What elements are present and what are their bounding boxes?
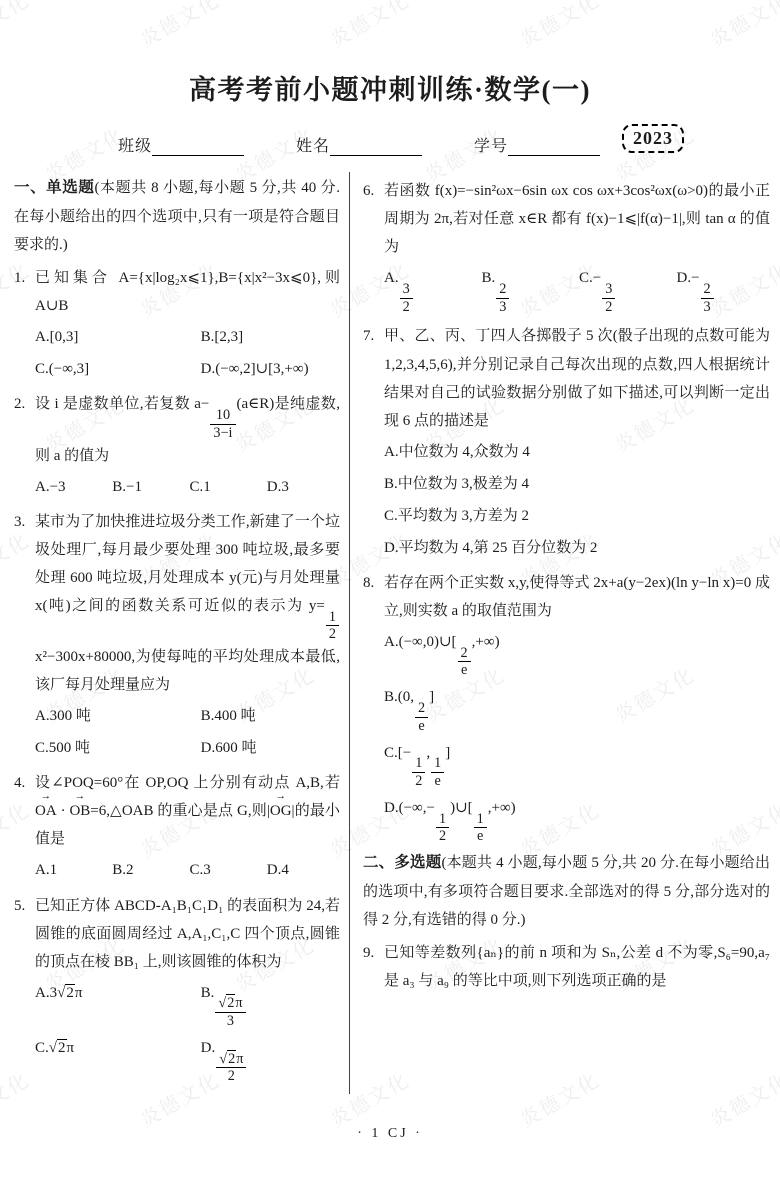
options-grid: A.300 吨B.400 吨C.500 吨D.600 吨 xyxy=(35,700,340,764)
section-header: 一、单选题(本题共 8 小题,每小题 5 分,共 40 分.在每小题给出的四个选… xyxy=(14,174,340,259)
question-body: 若存在两个正实数 x,y,使得等式 2x+a(y−2ex)(ln y−ln x)… xyxy=(384,569,770,847)
question-body: 甲、乙、丙、丁四人各掷骰子 5 次(骰子出现的点数可能为 1,2,3,4,5,6… xyxy=(384,322,770,563)
options-grid: A.中位数为 4,众数为 4B.中位数为 3,极差为 4C.平均数为 3,方差为… xyxy=(384,436,770,564)
question-number: 5. xyxy=(14,892,35,1088)
question-stem: 某市为了加快推进垃圾分类工作,新建了一个垃圾处理厂,每月最少要处理 300 吨垃… xyxy=(35,508,340,700)
sqrt-radical: √2 xyxy=(218,994,235,1011)
option: A.32 xyxy=(384,262,478,317)
question-number: 9. xyxy=(363,939,384,995)
option: C.3 xyxy=(190,854,263,886)
option: A.中位数为 4,众数为 4 xyxy=(384,436,770,468)
option: A.300 吨 xyxy=(35,700,197,732)
question-stem: 已知集合 A={x|log₂x⩽1},B={x|x²−3x⩽0},则 A∪B xyxy=(35,264,340,320)
option: D.4 xyxy=(267,854,340,886)
fraction: √2π3 xyxy=(215,995,245,1030)
student-id-field-label: 学号 xyxy=(474,133,508,156)
fraction: 1e xyxy=(431,755,444,790)
exam-body: 一、单选题(本题共 8 小题,每小题 5 分,共 40 分.在每小题给出的四个选… xyxy=(0,172,780,1094)
vector-overline: OG xyxy=(270,797,292,825)
options-grid: A.1B.2C.3D.4 xyxy=(35,854,340,886)
question-body: 某市为了加快推进垃圾分类工作,新建了一个垃圾处理厂,每月最少要处理 300 吨垃… xyxy=(35,508,340,765)
option: D.(−∞,2]∪[3,+∞) xyxy=(201,353,335,385)
question-stem: 设∠POQ=60°在 OP,OQ 上分别有动点 A,B,若OA · OB=6,△… xyxy=(35,769,340,853)
option: B.2 xyxy=(112,854,185,886)
question-body: 若函数 f(x)=−sin²ωx−6sin ωx cos ωx+3cos²ωx(… xyxy=(384,177,770,317)
option: C.−32 xyxy=(579,262,673,317)
class-field-label: 班级 xyxy=(118,133,152,156)
student-id-field-line xyxy=(508,138,600,156)
question-stem: 若函数 f(x)=−sin²ωx−6sin ωx cos ωx+3cos²ωx(… xyxy=(384,177,770,261)
question-3: 3.某市为了加快推进垃圾分类工作,新建了一个垃圾处理厂,每月最少要处理 300 … xyxy=(14,508,340,765)
option: B.[2,3] xyxy=(201,321,335,353)
fraction: 1e xyxy=(474,811,487,846)
option: B.中位数为 3,极差为 4 xyxy=(384,468,770,500)
options-grid: A.[0,3]B.[2,3]C.(−∞,3]D.(−∞,2]∪[3,+∞) xyxy=(35,321,340,385)
option: C.平均数为 3,方差为 2 xyxy=(384,500,770,532)
fraction: 12 xyxy=(436,811,449,846)
fraction: 12 xyxy=(412,755,425,790)
option: C.√2π xyxy=(35,1032,197,1087)
question-9: 9.已知等差数列{aₙ}的前 n 项和为 Sₙ,公差 d 不为零,S₆=90,a… xyxy=(363,939,770,995)
question-stem: 甲、乙、丙、丁四人各掷骰子 5 次(骰子出现的点数可能为 1,2,3,4,5,6… xyxy=(384,322,770,434)
question-stem: 已知等差数列{aₙ}的前 n 项和为 Sₙ,公差 d 不为零,S₆=90,a₇ … xyxy=(384,939,770,995)
section-header: 二、多选题(本题共 4 小题,每小题 5 分,共 20 分.在每小题给出的选项中… xyxy=(363,849,770,934)
option: D.3 xyxy=(267,471,340,503)
option: A.1 xyxy=(35,854,108,886)
fraction: 103−i xyxy=(210,407,235,442)
section-title: 一、单选题 xyxy=(14,179,94,196)
question-8: 8.若存在两个正实数 x,y,使得等式 2x+a(y−2ex)(ln y−ln … xyxy=(363,569,770,847)
option: B.400 吨 xyxy=(201,700,335,732)
fraction: √2π2 xyxy=(216,1051,246,1086)
name-field: 姓名 xyxy=(296,133,422,156)
question-body: 已知等差数列{aₙ}的前 n 项和为 Sₙ,公差 d 不为零,S₆=90,a₇ … xyxy=(384,939,770,995)
option: A.[0,3] xyxy=(35,321,197,353)
option: A.(−∞,0)∪[2e,+∞) xyxy=(384,626,770,681)
question-body: 设∠POQ=60°在 OP,OQ 上分别有动点 A,B,若OA · OB=6,△… xyxy=(35,769,340,886)
option: C.500 吨 xyxy=(35,732,197,764)
option: D.600 吨 xyxy=(201,732,335,764)
option: C.(−∞,3] xyxy=(35,353,197,385)
question-number: 8. xyxy=(363,569,384,847)
fraction: 23 xyxy=(701,281,714,316)
question-1: 1.已知集合 A={x|log₂x⩽1},B={x|x²−3x⩽0},则 A∪B… xyxy=(14,264,340,385)
question-4: 4.设∠POQ=60°在 OP,OQ 上分别有动点 A,B,若OA · OB=6… xyxy=(14,769,340,886)
option: D.√2π2 xyxy=(201,1032,335,1087)
fraction: 2e xyxy=(458,645,471,680)
question-number: 3. xyxy=(14,508,35,765)
option: A.3√2π xyxy=(35,977,197,1032)
options-grid: A.3√2πB.√2π3C.√2πD.√2π2 xyxy=(35,977,340,1088)
options-grid: A.32B.23C.−32D.−23 xyxy=(384,262,770,317)
year-badge: 2023 xyxy=(622,124,684,153)
fraction: 32 xyxy=(400,281,413,316)
option: B.23 xyxy=(482,262,576,317)
option: B.−1 xyxy=(112,471,185,503)
fraction: 23 xyxy=(496,281,509,316)
option: D.(−∞,−12)∪[1e,+∞) xyxy=(384,792,770,847)
question-body: 已知集合 A={x|log₂x⩽1},B={x|x²−3x⩽0},则 A∪BA.… xyxy=(35,264,340,385)
fraction: 32 xyxy=(602,281,615,316)
fraction: 2e xyxy=(415,700,428,735)
question-number: 4. xyxy=(14,769,35,886)
option: B.(0,2e] xyxy=(384,681,770,736)
vector-overline: OB xyxy=(69,797,90,825)
vector-overline: OA xyxy=(35,797,57,825)
option: C.1 xyxy=(190,471,263,503)
question-number: 2. xyxy=(14,390,35,502)
sqrt-radical: √2 xyxy=(49,1039,67,1056)
question-number: 1. xyxy=(14,264,35,385)
option: D.−23 xyxy=(677,262,771,317)
class-field: 班级 xyxy=(118,133,244,156)
option: D.平均数为 4,第 25 百分位数为 2 xyxy=(384,532,770,564)
section-title: 二、多选题 xyxy=(363,854,441,871)
left-column: 一、单选题(本题共 8 小题,每小题 5 分,共 40 分.在每小题给出的四个选… xyxy=(14,172,349,1094)
option: A.−3 xyxy=(35,471,108,503)
page-header: 高考考前小题冲刺训练·数学(一) 班级姓名学号 2023 xyxy=(0,0,780,156)
student-id-field: 学号 xyxy=(474,133,600,156)
right-column: 6.若函数 f(x)=−sin²ωx−6sin ωx cos ωx+3cos²ω… xyxy=(350,172,770,1094)
question-5: 5.已知正方体 ABCD-A₁B₁C₁D₁ 的表面积为 24,若圆锥的底面圆周经… xyxy=(14,892,340,1088)
footer-page-number: · 1 CJ · xyxy=(0,1126,780,1142)
question-stem: 已知正方体 ABCD-A₁B₁C₁D₁ 的表面积为 24,若圆锥的底面圆周经过 … xyxy=(35,892,340,976)
question-body: 设 i 是虚数单位,若复数 a−103−i(a∈R)是纯虚数,则 a 的值为A.… xyxy=(35,390,340,502)
question-stem: 若存在两个正实数 x,y,使得等式 2x+a(y−2ex)(ln y−ln x)… xyxy=(384,569,770,625)
question-6: 6.若函数 f(x)=−sin²ωx−6sin ωx cos ωx+3cos²ω… xyxy=(363,177,770,317)
options-grid: A.(−∞,0)∪[2e,+∞)B.(0,2e]C.[−12,1e]D.(−∞,… xyxy=(384,626,770,847)
question-number: 7. xyxy=(363,322,384,563)
question-7: 7.甲、乙、丙、丁四人各掷骰子 5 次(骰子出现的点数可能为 1,2,3,4,5… xyxy=(363,322,770,563)
question-stem: 设 i 是虚数单位,若复数 a−103−i(a∈R)是纯虚数,则 a 的值为 xyxy=(35,390,340,469)
fraction: 12 xyxy=(326,609,339,644)
sqrt-radical: √2 xyxy=(57,984,75,1001)
class-field-line xyxy=(152,138,244,156)
sqrt-radical: √2 xyxy=(219,1050,236,1067)
page-title: 高考考前小题冲刺训练·数学(一) xyxy=(0,68,780,107)
name-field-line xyxy=(330,138,422,156)
question-body: 已知正方体 ABCD-A₁B₁C₁D₁ 的表面积为 24,若圆锥的底面圆周经过 … xyxy=(35,892,340,1088)
option: C.[−12,1e] xyxy=(384,737,770,792)
question-2: 2.设 i 是虚数单位,若复数 a−103−i(a∈R)是纯虚数,则 a 的值为… xyxy=(14,390,340,502)
question-number: 6. xyxy=(363,177,384,317)
name-field-label: 姓名 xyxy=(296,133,330,156)
options-grid: A.−3B.−1C.1D.3 xyxy=(35,471,340,503)
option: B.√2π3 xyxy=(201,977,335,1032)
